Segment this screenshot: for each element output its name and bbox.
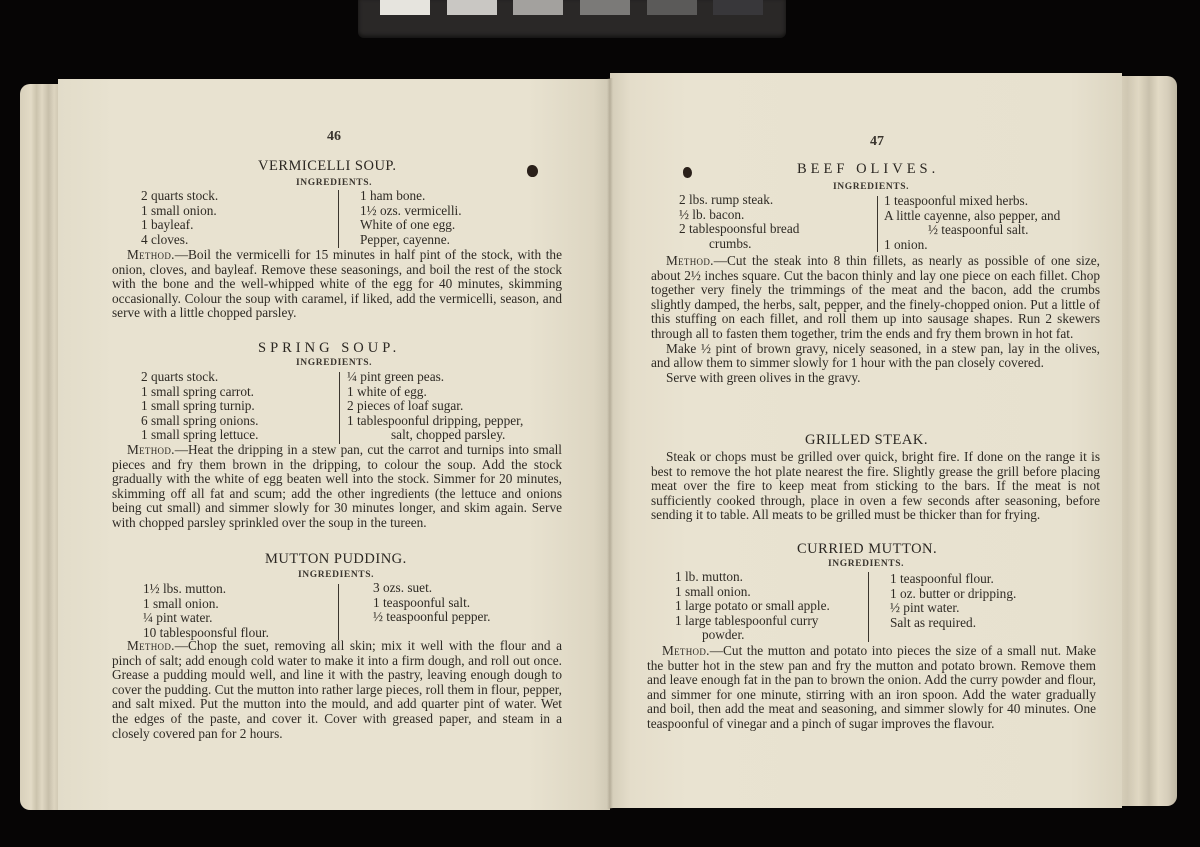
ingredients-label: INGREDIENTS. xyxy=(298,570,374,580)
ingredient: 1 lb. mutton. xyxy=(675,570,830,585)
ingredient: 2 lbs. rump steak. xyxy=(679,193,799,208)
ingredient: White of one egg. xyxy=(360,218,462,233)
ingredients-label: INGREDIENTS. xyxy=(833,182,909,192)
ink-blot xyxy=(683,167,692,178)
method-label: Method. xyxy=(662,643,710,658)
paragraph: Steak or chops must be grilled over quic… xyxy=(651,450,1100,523)
ingredient: ½ teaspoonful salt. xyxy=(884,223,1060,238)
ingredients-label: INGREDIENTS. xyxy=(828,559,904,569)
ingredients-left-column: 2 quarts stock. 1 small onion. 1 bayleaf… xyxy=(141,189,218,247)
ingredient: powder. xyxy=(675,628,830,643)
ingredient: 4 cloves. xyxy=(141,233,218,248)
ingredient: 1 tablespoonful dripping, pepper, xyxy=(347,414,523,429)
body-grilled-steak: Steak or chops must be grilled over quic… xyxy=(651,450,1100,523)
open-book: 46 VERMICELLI SOUP. INGREDIENTS. 2 quart… xyxy=(0,0,1200,847)
ingredients-right-column: 3 ozs. suet. 1 teaspoonful salt. ½ teasp… xyxy=(373,581,490,625)
method-beef-olives: Method.—Cut the steak into 8 thin fillet… xyxy=(651,254,1100,385)
ingredient: 2 tablespoonsful bread xyxy=(679,222,799,237)
right-page-edges xyxy=(1115,76,1177,806)
ingredients-right-column: 1 teaspoonful mixed herbs. A little caye… xyxy=(884,194,1060,252)
method-spring-soup: Method.—Heat the dripping in a stew pan,… xyxy=(112,443,562,531)
recipe-title-vermicelli-soup: VERMICELLI SOUP. xyxy=(258,158,397,175)
ingredient: crumbs. xyxy=(679,237,799,252)
ingredient: 1 small onion. xyxy=(675,585,830,600)
ingredient: 1 small onion. xyxy=(141,204,218,219)
method-text: —Cut the mutton and potato into pieces t… xyxy=(647,643,1096,731)
ingredient: Salt as required. xyxy=(890,616,1016,631)
ingredient: 1 onion. xyxy=(884,238,1060,253)
ingredients-right-column: ¼ pint green peas. 1 white of egg. 2 pie… xyxy=(347,370,523,443)
column-divider xyxy=(868,572,869,642)
ingredient: A little cayenne, also pepper, and xyxy=(884,209,1060,224)
ingredient: 1 small spring turnip. xyxy=(141,399,258,414)
ingredient: salt, chopped parsley. xyxy=(347,428,523,443)
column-divider xyxy=(339,372,340,444)
column-divider xyxy=(338,584,339,640)
ingredient: 1 teaspoonful mixed herbs. xyxy=(884,194,1060,209)
recipe-title-beef-olives: BEEF OLIVES. xyxy=(797,161,939,178)
column-divider xyxy=(338,190,339,248)
ingredient: ½ teaspoonful pepper. xyxy=(373,610,490,625)
page-number-left: 46 xyxy=(327,129,341,145)
method-label: Method. xyxy=(127,247,175,262)
ingredient: ¼ pint green peas. xyxy=(347,370,523,385)
method-mutton-pudding: Method.—Chop the suet, removing all skin… xyxy=(112,639,562,741)
method-text: —Boil the vermicelli for 15 minutes in h… xyxy=(112,247,562,320)
ingredient: 1 large potato or small apple. xyxy=(675,599,830,614)
ingredient: 1 teaspoonful salt. xyxy=(373,596,490,611)
recipe-title-spring-soup: SPRING SOUP. xyxy=(258,340,400,357)
ingredient: 1 small onion. xyxy=(143,597,269,612)
ingredients-label: INGREDIENTS. xyxy=(296,358,372,368)
ingredient: ½ lb. bacon. xyxy=(679,208,799,223)
recipe-title-grilled-steak: GRILLED STEAK. xyxy=(805,432,928,449)
page-number-right: 47 xyxy=(870,134,884,150)
ingredient: 1 small spring lettuce. xyxy=(141,428,258,443)
ingredient: 2 quarts stock. xyxy=(141,370,258,385)
method-label: Method. xyxy=(666,253,714,268)
ingredient: 1 bayleaf. xyxy=(141,218,218,233)
ingredient: 2 pieces of loaf sugar. xyxy=(347,399,523,414)
ingredients-left-column: 2 quarts stock. 1 small spring carrot. 1… xyxy=(141,370,258,443)
ingredient: 1 teaspoonful flour. xyxy=(890,572,1016,587)
paragraph: Make ½ pint of brown gravy, nicely seaso… xyxy=(651,342,1100,371)
ingredient: 1 ham bone. xyxy=(360,189,462,204)
ingredient: ½ pint water. xyxy=(890,601,1016,616)
ingredient: ¼ pint water. xyxy=(143,611,269,626)
ingredients-left-column: 1 lb. mutton. 1 small onion. 1 large pot… xyxy=(675,570,830,643)
paragraph: Serve with green olives in the gravy. xyxy=(651,371,1100,386)
ingredients-right-column: 1 ham bone. 1½ ozs. vermicelli. White of… xyxy=(360,189,462,247)
method-text: —Chop the suet, removing all skin; mix i… xyxy=(112,638,562,741)
ingredient: 1½ ozs. vermicelli. xyxy=(360,204,462,219)
ingredient: 1 small spring carrot. xyxy=(141,385,258,400)
ingredients-label: INGREDIENTS. xyxy=(296,178,372,188)
ink-blot xyxy=(527,165,538,177)
recipe-title-curried-mutton: CURRIED MUTTON. xyxy=(797,541,937,558)
method-vermicelli-soup: Method.—Boil the vermicelli for 15 minut… xyxy=(112,248,562,321)
book-gutter xyxy=(607,78,613,809)
ingredient: 6 small spring onions. xyxy=(141,414,258,429)
ingredient: 1 large tablespoonful curry xyxy=(675,614,830,629)
recipe-title-mutton-pudding: MUTTON PUDDING. xyxy=(265,551,407,568)
ingredient: 1½ lbs. mutton. xyxy=(143,582,269,597)
ingredient: 1 white of egg. xyxy=(347,385,523,400)
method-text: —Cut the steak into 8 thin fillets, as n… xyxy=(651,253,1100,341)
ingredients-left-column: 2 lbs. rump steak. ½ lb. bacon. 2 tables… xyxy=(679,193,799,251)
ingredient: 2 quarts stock. xyxy=(141,189,218,204)
method-label: Method. xyxy=(127,638,175,653)
ingredients-right-column: 1 teaspoonful flour. 1 oz. butter or dri… xyxy=(890,572,1016,630)
ingredient: Pepper, cayenne. xyxy=(360,233,462,248)
ingredients-left-column: 1½ lbs. mutton. 1 small onion. ¼ pint wa… xyxy=(143,582,269,640)
ingredient: 3 ozs. suet. xyxy=(373,581,490,596)
method-curried-mutton: Method.—Cut the mutton and potato into p… xyxy=(647,644,1096,732)
method-text: —Heat the dripping in a stew pan, cut th… xyxy=(112,442,562,530)
column-divider xyxy=(877,196,878,252)
ingredient: 1 oz. butter or dripping. xyxy=(890,587,1016,602)
method-label: Method. xyxy=(127,442,175,457)
